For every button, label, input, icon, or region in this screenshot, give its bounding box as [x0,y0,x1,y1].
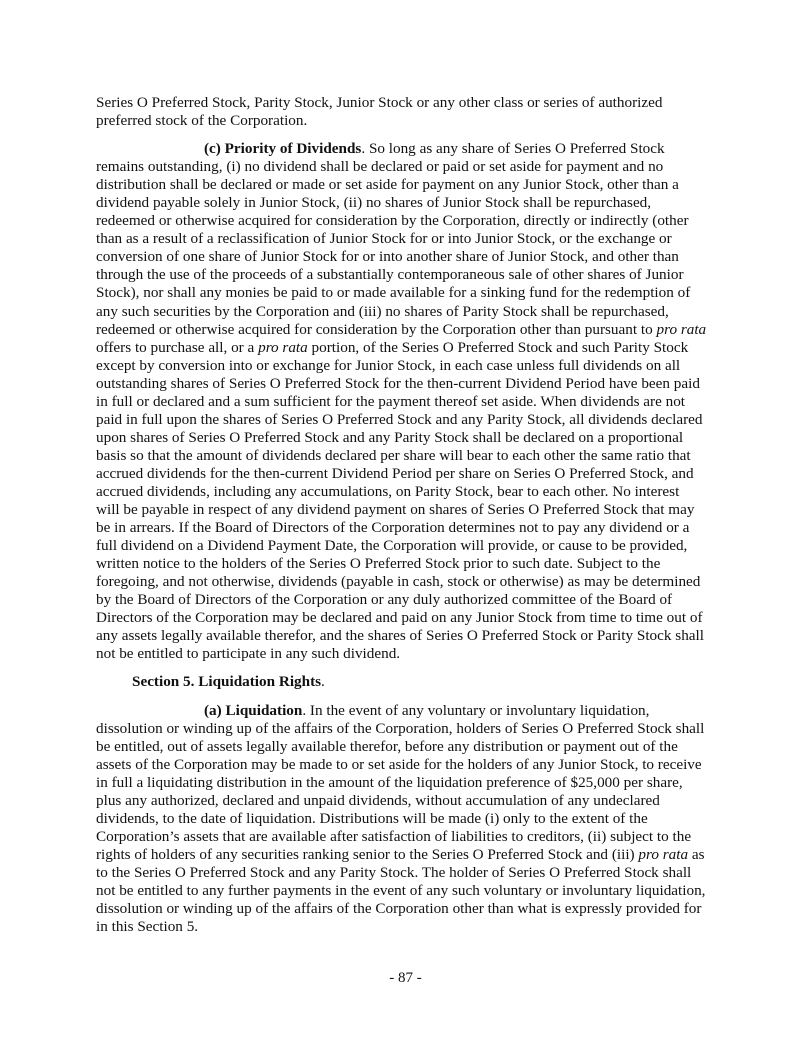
priority-heading-line: (c) Priority of Dividends. So long as an… [96,140,716,158]
paragraph-line: through the use of the proceeds of a sub… [96,266,716,284]
paragraph-line: paid in full upon the shares of Series O… [96,411,716,429]
paragraph-line: accrued dividends for the then-current D… [96,465,716,483]
paragraph-line: in full a liquidating distribution in th… [96,774,716,792]
paragraph-line: basis so that the amount of dividends de… [96,447,716,465]
page-number: - 87 - [0,970,811,987]
paragraph-line: dissolution or winding up of the affairs… [96,720,716,738]
paragraph-line: distribution shall be declared or made o… [96,176,716,194]
paragraph-line: by the Board of Directors of the Corpora… [96,591,716,609]
liquidation-heading: (a) Liquidation [204,702,302,719]
paragraph-line: assets of the Corporation may be made to… [96,756,716,774]
paragraph-line: rights of holders of any securities rank… [96,846,716,864]
section-heading-line: Section 5. Liquidation Rights. [96,673,716,691]
section-5-heading: Section 5. Liquidation Rights [132,673,321,690]
paragraph-line: plus any authorized, declared and unpaid… [96,792,716,810]
paragraph-line: in this Section 5. [96,918,716,936]
paragraph-line: accrued dividends, including any accumul… [96,483,716,501]
paragraph-line: Stock), nor shall any monies be paid to … [96,284,716,302]
paragraph-line: in full or declared and a sum sufficient… [96,393,716,411]
paragraph-line: to the Series O Preferred Stock and any … [96,864,716,882]
intro-line: Series O Preferred Stock, Parity Stock, … [96,94,716,112]
paragraph-line: Directors of the Corporation may be decl… [96,609,716,627]
paragraph-line: Corporation’s assets that are available … [96,828,716,846]
paragraph-line: outstanding shares of Series O Preferred… [96,375,716,393]
paragraph-line: not be entitled to any further payments … [96,882,716,900]
paragraph-line: upon shares of Series O Preferred Stock … [96,429,716,447]
priority-heading: (c) Priority of Dividends [204,140,361,157]
paragraph-line: any assets legally available therefor, a… [96,627,716,645]
paragraph-line: any such securities by the Corporation a… [96,303,716,321]
paragraph-line: full dividend on a Dividend Payment Date… [96,537,716,555]
paragraph-line: dissolution or winding up of the affairs… [96,900,716,918]
paragraph-line: will be payable in respect of any divide… [96,501,716,519]
paragraph-line: be entitled, out of assets legally avail… [96,738,716,756]
intro-line: preferred stock of the Corporation. [96,112,716,130]
paragraph-line: foregoing, and not otherwise, dividends … [96,573,716,591]
paragraph-line: dividend payable solely in Junior Stock,… [96,194,716,212]
paragraph-line: not be entitled to participate in any su… [96,645,716,663]
paragraph-line: redeemed or otherwise acquired for consi… [96,212,716,230]
paragraph-line: dividends, to the date of liquidation. D… [96,810,716,828]
paragraph-line: conversion of one share of Junior Stock … [96,248,716,266]
document-page: Series O Preferred Stock, Parity Stock, … [96,94,716,936]
paragraph-line: offers to purchase all, or a pro rata po… [96,339,716,357]
liquidation-heading-line: (a) Liquidation. In the event of any vol… [96,702,716,720]
paragraph-line: except by conversion into or exchange fo… [96,357,716,375]
paragraph-line: written notice to the holders of the Ser… [96,555,716,573]
paragraph-line: redeemed or otherwise acquired for consi… [96,321,716,339]
paragraph-line: than as a result of a reclassification o… [96,230,716,248]
paragraph-line: be in arrears. If the Board of Directors… [96,519,716,537]
paragraph-line: remains outstanding, (i) no dividend sha… [96,158,716,176]
